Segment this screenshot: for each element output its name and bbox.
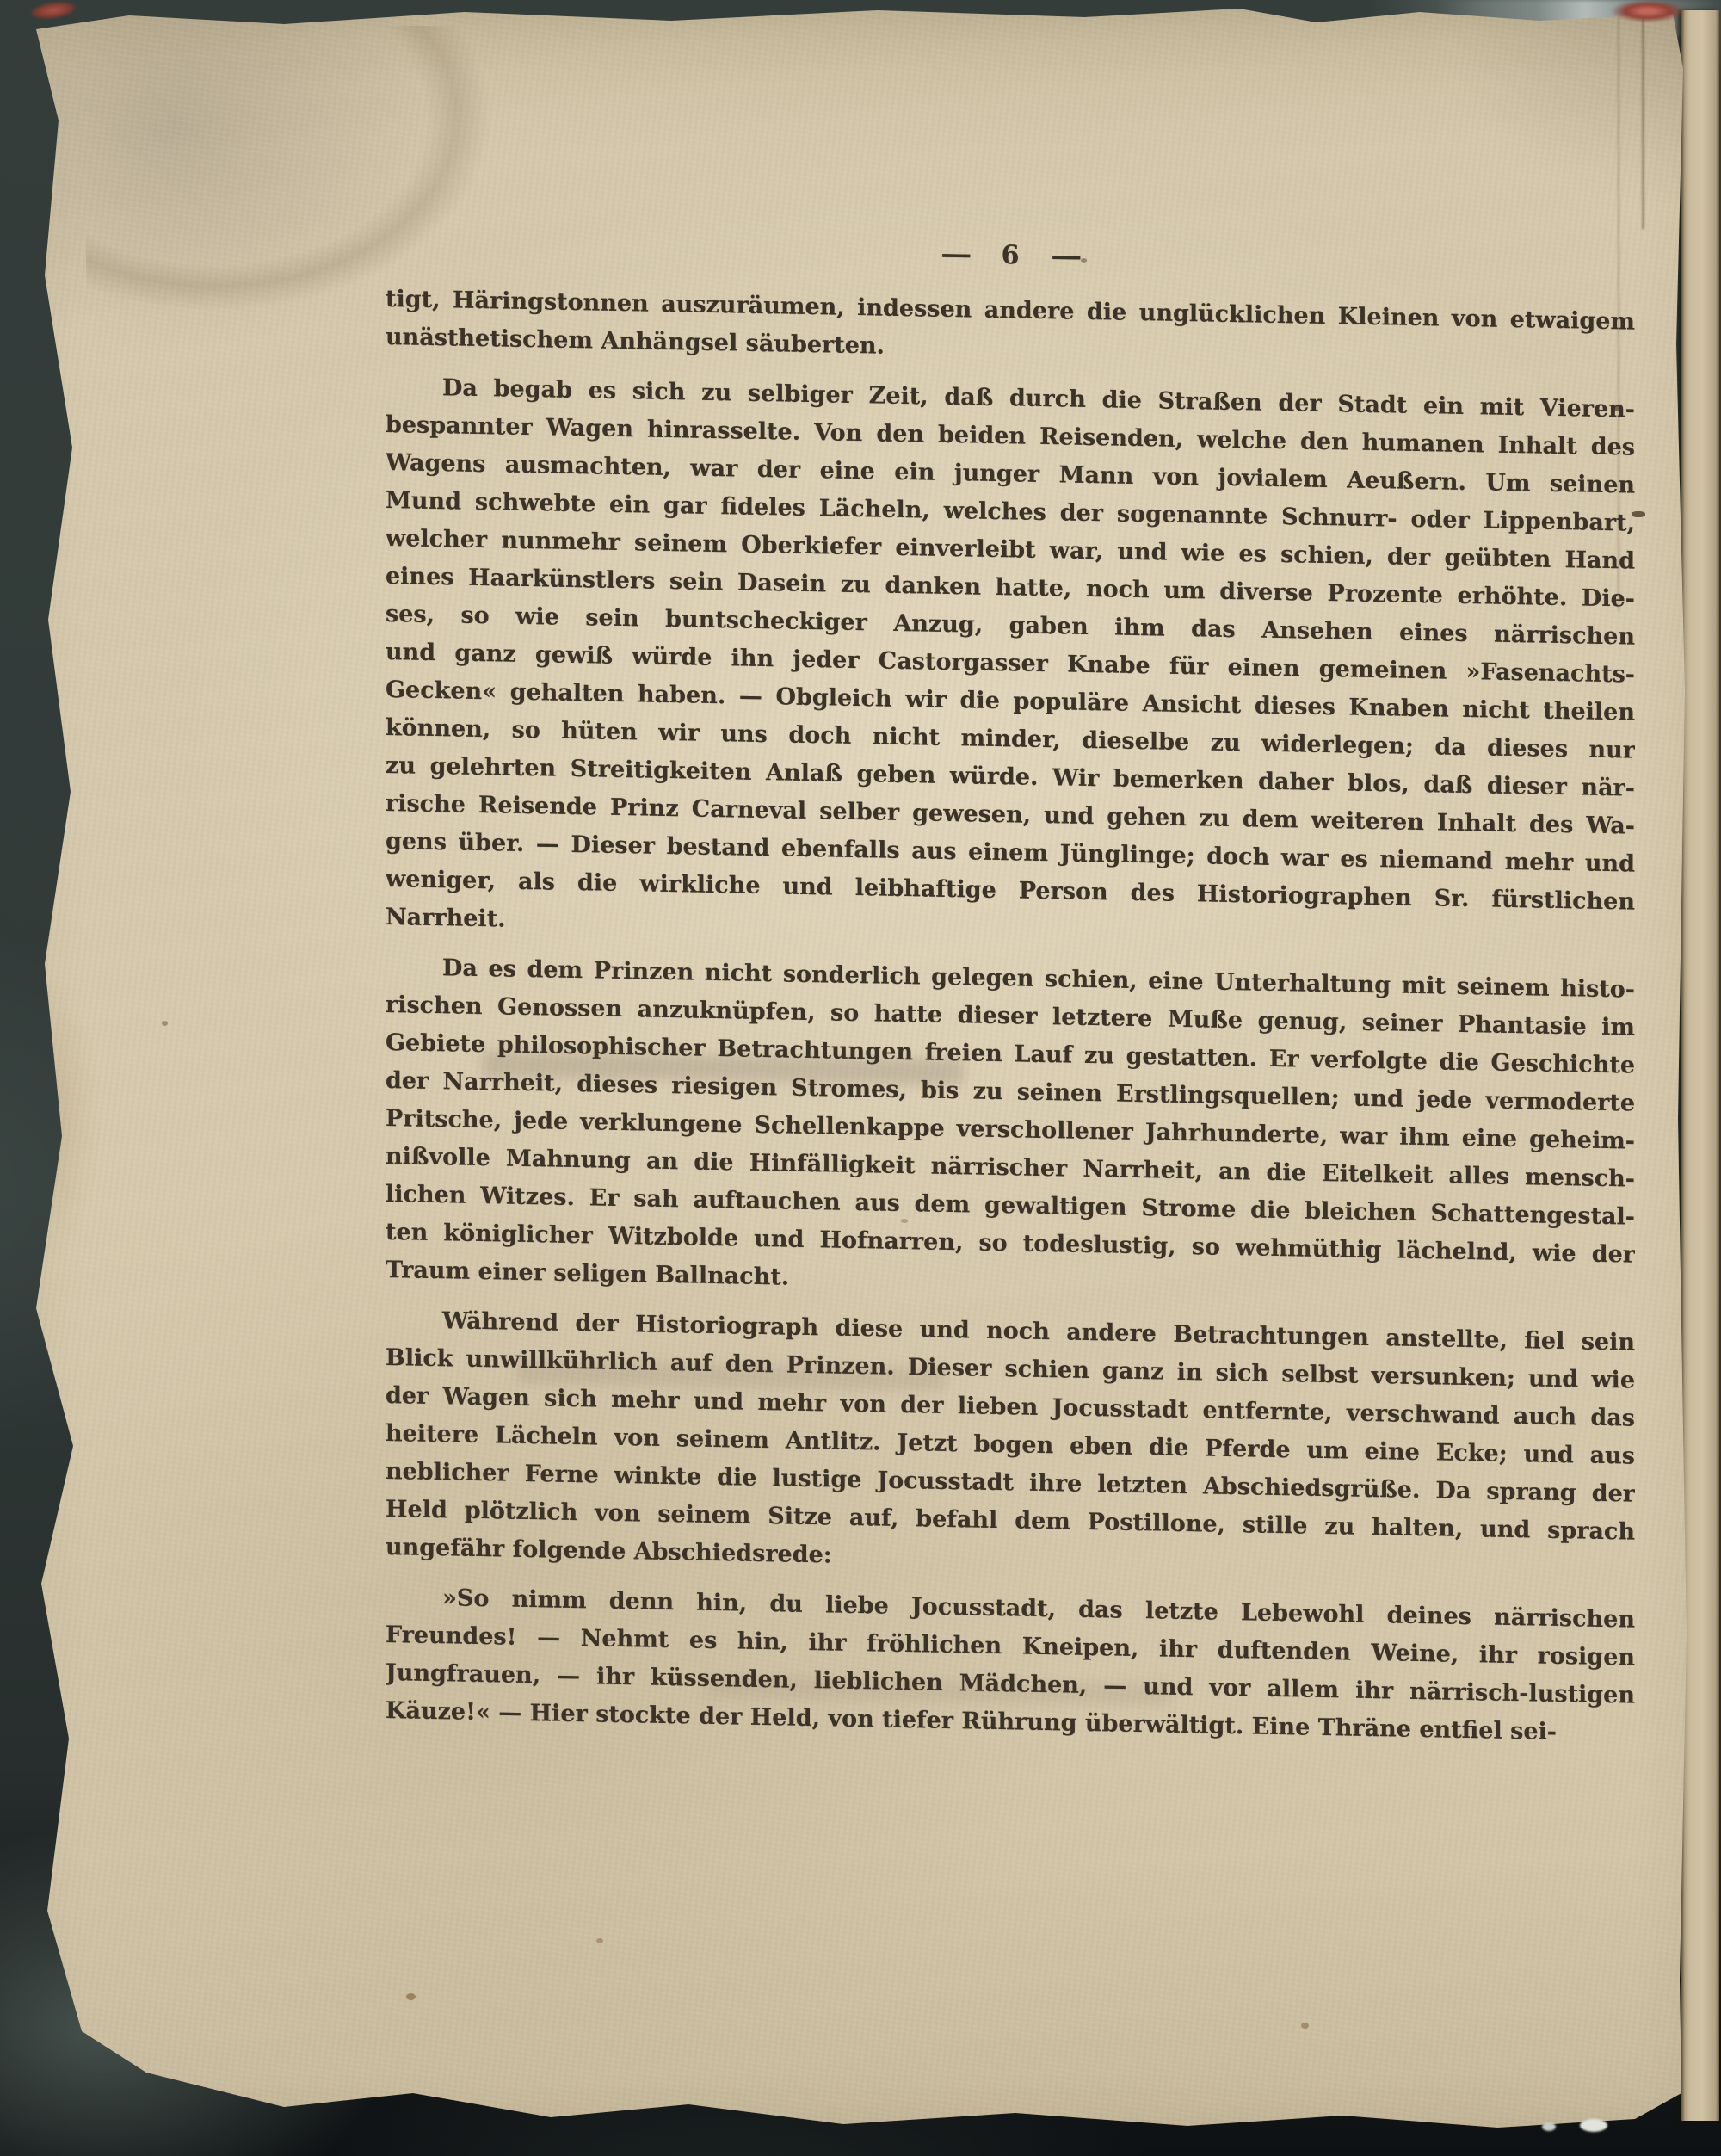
- paragraph: Da es dem Prinzen nicht sonderlich geleg…: [386, 948, 1635, 1313]
- foxing-spot: [1301, 2023, 1309, 2029]
- stain-crease-right-2: [1642, 14, 1644, 229]
- red-residue-topright: [1611, 0, 1685, 22]
- body-text: tigt, Häringstonnen auszuräumen, indesse…: [386, 281, 1635, 1753]
- header-dash-right: —: [1052, 238, 1081, 276]
- paragraph: tigt, Häringstonnen auszuräumen, indesse…: [386, 281, 1635, 380]
- stain-damp-left-edge: [0, 930, 120, 1300]
- foxing-spot: [162, 1021, 168, 1026]
- text-block: — 6 — tigt, Häringstonnen auszuräumen, i…: [386, 225, 1635, 1765]
- foxing-spot: [596, 1938, 603, 1943]
- paragraph: »So nimm denn hin, du liebe Jocusstadt, …: [386, 1578, 1635, 1753]
- paragraph: Während der Historiograph diese und noch…: [386, 1301, 1635, 1590]
- underlying-page-edges: [1681, 10, 1719, 2121]
- page-header: — 6 —: [386, 225, 1635, 287]
- cover-glint: [1580, 2119, 1607, 2132]
- header-dash-left: —: [941, 236, 970, 275]
- paragraph: Da begab es sich zu selbiger Zeit, daß d…: [386, 368, 1635, 960]
- red-residue-topleft: [28, 0, 78, 22]
- paper-sheet: — 6 — tigt, Häringstonnen auszuräumen, i…: [0, 0, 1721, 2156]
- book-scan: — 6 — tigt, Häringstonnen auszuräumen, i…: [0, 0, 1721, 2156]
- page-number: 6: [1002, 237, 1020, 275]
- cover-glint: [1542, 2122, 1556, 2131]
- foxing-spot: [406, 1993, 416, 2000]
